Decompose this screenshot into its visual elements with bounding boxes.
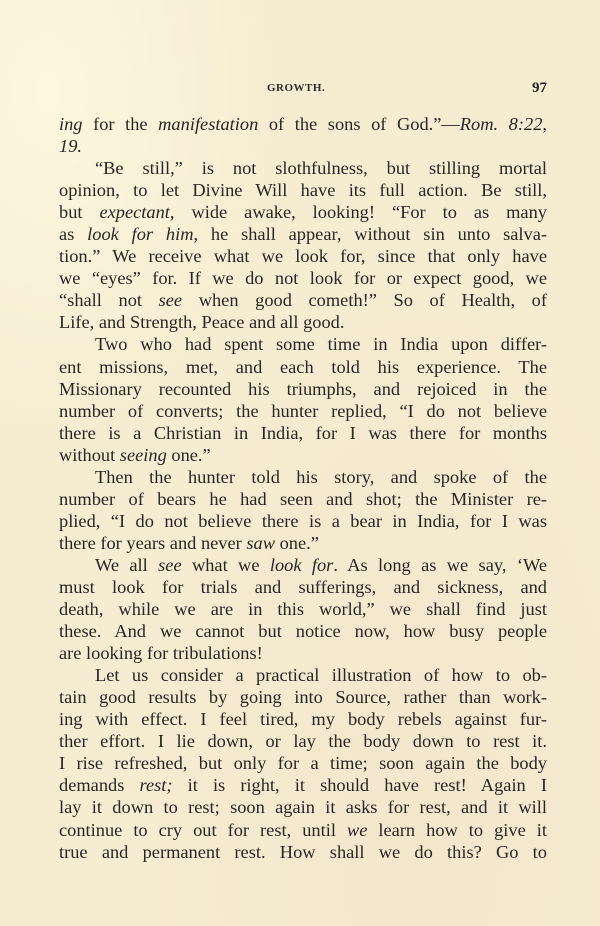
text-line: Missionary recounted his triumphs, and r… — [59, 378, 547, 400]
text-run: ing with effect. I feel tired, my body r… — [59, 709, 547, 729]
italic-emphasis: look for — [270, 555, 333, 575]
text-run: for the — [83, 114, 159, 134]
text-run: one.” — [167, 445, 211, 465]
text-run: “Be still,” is not slothfulness, but sti… — [95, 158, 547, 178]
text-run: true and permanent rest. How shall we do… — [59, 842, 547, 862]
text-run: when good cometh!” So of Health, of — [182, 290, 547, 310]
text-line: ther effort. I lie down, or lay the body… — [59, 730, 547, 752]
italic-emphasis: ing — [59, 114, 83, 134]
text-run: we “eyes” for. If we do not look for or … — [59, 268, 547, 288]
text-line: ing with effect. I feel tired, my body r… — [59, 708, 547, 730]
italic-emphasis: expectant — [99, 202, 169, 222]
text-run: tion.” We receive what we look for, sinc… — [59, 246, 547, 266]
text-line: as look for him, he shall appear, withou… — [59, 223, 547, 245]
text-line: death, while we are in this world,” we s… — [59, 598, 547, 620]
body-text: ing for the manifestation of the sons of… — [59, 113, 547, 863]
text-line: demands rest; it is right, it should hav… — [59, 774, 547, 796]
page-number: 97 — [532, 80, 547, 97]
text-line: must look for trials and sufferings, and… — [59, 576, 547, 598]
text-run: ent missions, met, and each told his exp… — [59, 357, 547, 377]
text-line: without seeing one.” — [59, 444, 547, 466]
text-run: are looking for tribulations! — [59, 643, 263, 663]
text-run: I rise refreshed, but only for a time; s… — [59, 753, 547, 773]
italic-emphasis: look for him — [87, 224, 193, 244]
text-run: lay it down to rest; soon again it asks … — [59, 797, 547, 817]
text-line: number of bears he had seen and shot; th… — [59, 488, 547, 510]
text-run: must look for trials and sufferings, and… — [59, 577, 547, 597]
text-run: continue to cry out for rest, until — [59, 820, 347, 840]
text-run: without — [59, 445, 120, 465]
text-run: Let us consider a practical illustration… — [95, 665, 547, 685]
text-run: Life, and Strength, Peace and all good. — [59, 312, 344, 332]
text-run: number of converts; the hunter replied, … — [59, 401, 547, 421]
text-run: , he shall appear, without sin unto salv… — [193, 224, 547, 244]
text-line: Life, and Strength, Peace and all good. — [59, 311, 547, 333]
running-title: GROWTH. — [267, 82, 325, 94]
text-run: there for years and never — [59, 533, 246, 553]
text-run: but — [59, 202, 99, 222]
text-run: Missionary recounted his triumphs, and r… — [59, 379, 547, 399]
text-line: Let us consider a practical illustration… — [59, 664, 547, 686]
text-line: opinion, to let Divine Will have its ful… — [59, 179, 547, 201]
text-line: 19. — [59, 135, 547, 157]
text-line: We all see what we look for. As long as … — [59, 554, 547, 576]
text-run: as — [59, 224, 87, 244]
text-line: true and permanent rest. How shall we do… — [59, 841, 547, 863]
text-run: number of bears he had seen and shot; th… — [59, 489, 547, 509]
text-line: continue to cry out for rest, until we l… — [59, 819, 547, 841]
italic-emphasis: rest; — [139, 775, 172, 795]
text-line: there for years and never saw one.” — [59, 532, 547, 554]
text-line: we “eyes” for. If we do not look for or … — [59, 267, 547, 289]
text-run: one.” — [275, 533, 319, 553]
text-run: opinion, to let Divine Will have its ful… — [59, 180, 547, 200]
text-line: these. And we cannot but notice now, how… — [59, 620, 547, 642]
text-line: there is a Christian in India, for I was… — [59, 422, 547, 444]
text-run: what we — [182, 555, 270, 575]
text-line: lay it down to rest; soon again it asks … — [59, 796, 547, 818]
italic-emphasis: seeing — [120, 445, 167, 465]
text-run: plied, “I do not believe there is a bear… — [59, 511, 547, 531]
italic-emphasis: see — [158, 555, 181, 575]
text-run: We all — [95, 555, 158, 575]
italic-emphasis: saw — [246, 533, 275, 553]
text-line: ent missions, met, and each told his exp… — [59, 356, 547, 378]
text-line: tain good results by going into Source, … — [59, 686, 547, 708]
text-run: “shall not — [59, 290, 159, 310]
text-run: ther effort. I lie down, or lay the body… — [59, 731, 547, 751]
italic-emphasis: manifestation — [158, 114, 258, 134]
text-run: tain good results by going into Source, … — [59, 687, 547, 707]
text-run: there is a Christian in India, for I was… — [59, 423, 547, 443]
text-run: of the sons of God.”— — [258, 114, 460, 134]
text-run: demands — [59, 775, 139, 795]
text-line: ing for the manifestation of the sons of… — [59, 113, 547, 135]
text-run: , wide awake, looking! “For to as many — [170, 202, 547, 222]
text-line: “Be still,” is not slothfulness, but sti… — [59, 157, 547, 179]
text-run: these. And we cannot but notice now, how… — [59, 621, 547, 641]
text-run: learn how to give it — [367, 820, 547, 840]
italic-emphasis: Rom. 8:22, — [460, 114, 547, 134]
text-run: . As long as we say, ‘We — [333, 555, 547, 575]
text-line: I rise refreshed, but only for a time; s… — [59, 752, 547, 774]
text-run: death, while we are in this world,” we s… — [59, 599, 547, 619]
text-line: but expectant, wide awake, looking! “For… — [59, 201, 547, 223]
text-line: number of converts; the hunter replied, … — [59, 400, 547, 422]
text-line: Then the hunter told his story, and spok… — [59, 466, 547, 488]
text-run: Two who had spent some time in India upo… — [95, 334, 547, 354]
italic-emphasis: see — [159, 290, 182, 310]
text-line: “shall not see when good cometh!” So of … — [59, 289, 547, 311]
italic-emphasis: 19. — [59, 136, 82, 156]
italic-emphasis: we — [347, 820, 367, 840]
text-line: are looking for tribulations! — [59, 642, 547, 664]
text-line: Two who had spent some time in India upo… — [59, 333, 547, 355]
running-header: GROWTH. 97 — [59, 80, 547, 100]
text-run: it is right, it should have rest! Again … — [173, 775, 547, 795]
text-line: plied, “I do not believe there is a bear… — [59, 510, 547, 532]
text-run: Then the hunter told his story, and spok… — [95, 467, 547, 487]
text-line: tion.” We receive what we look for, sinc… — [59, 245, 547, 267]
